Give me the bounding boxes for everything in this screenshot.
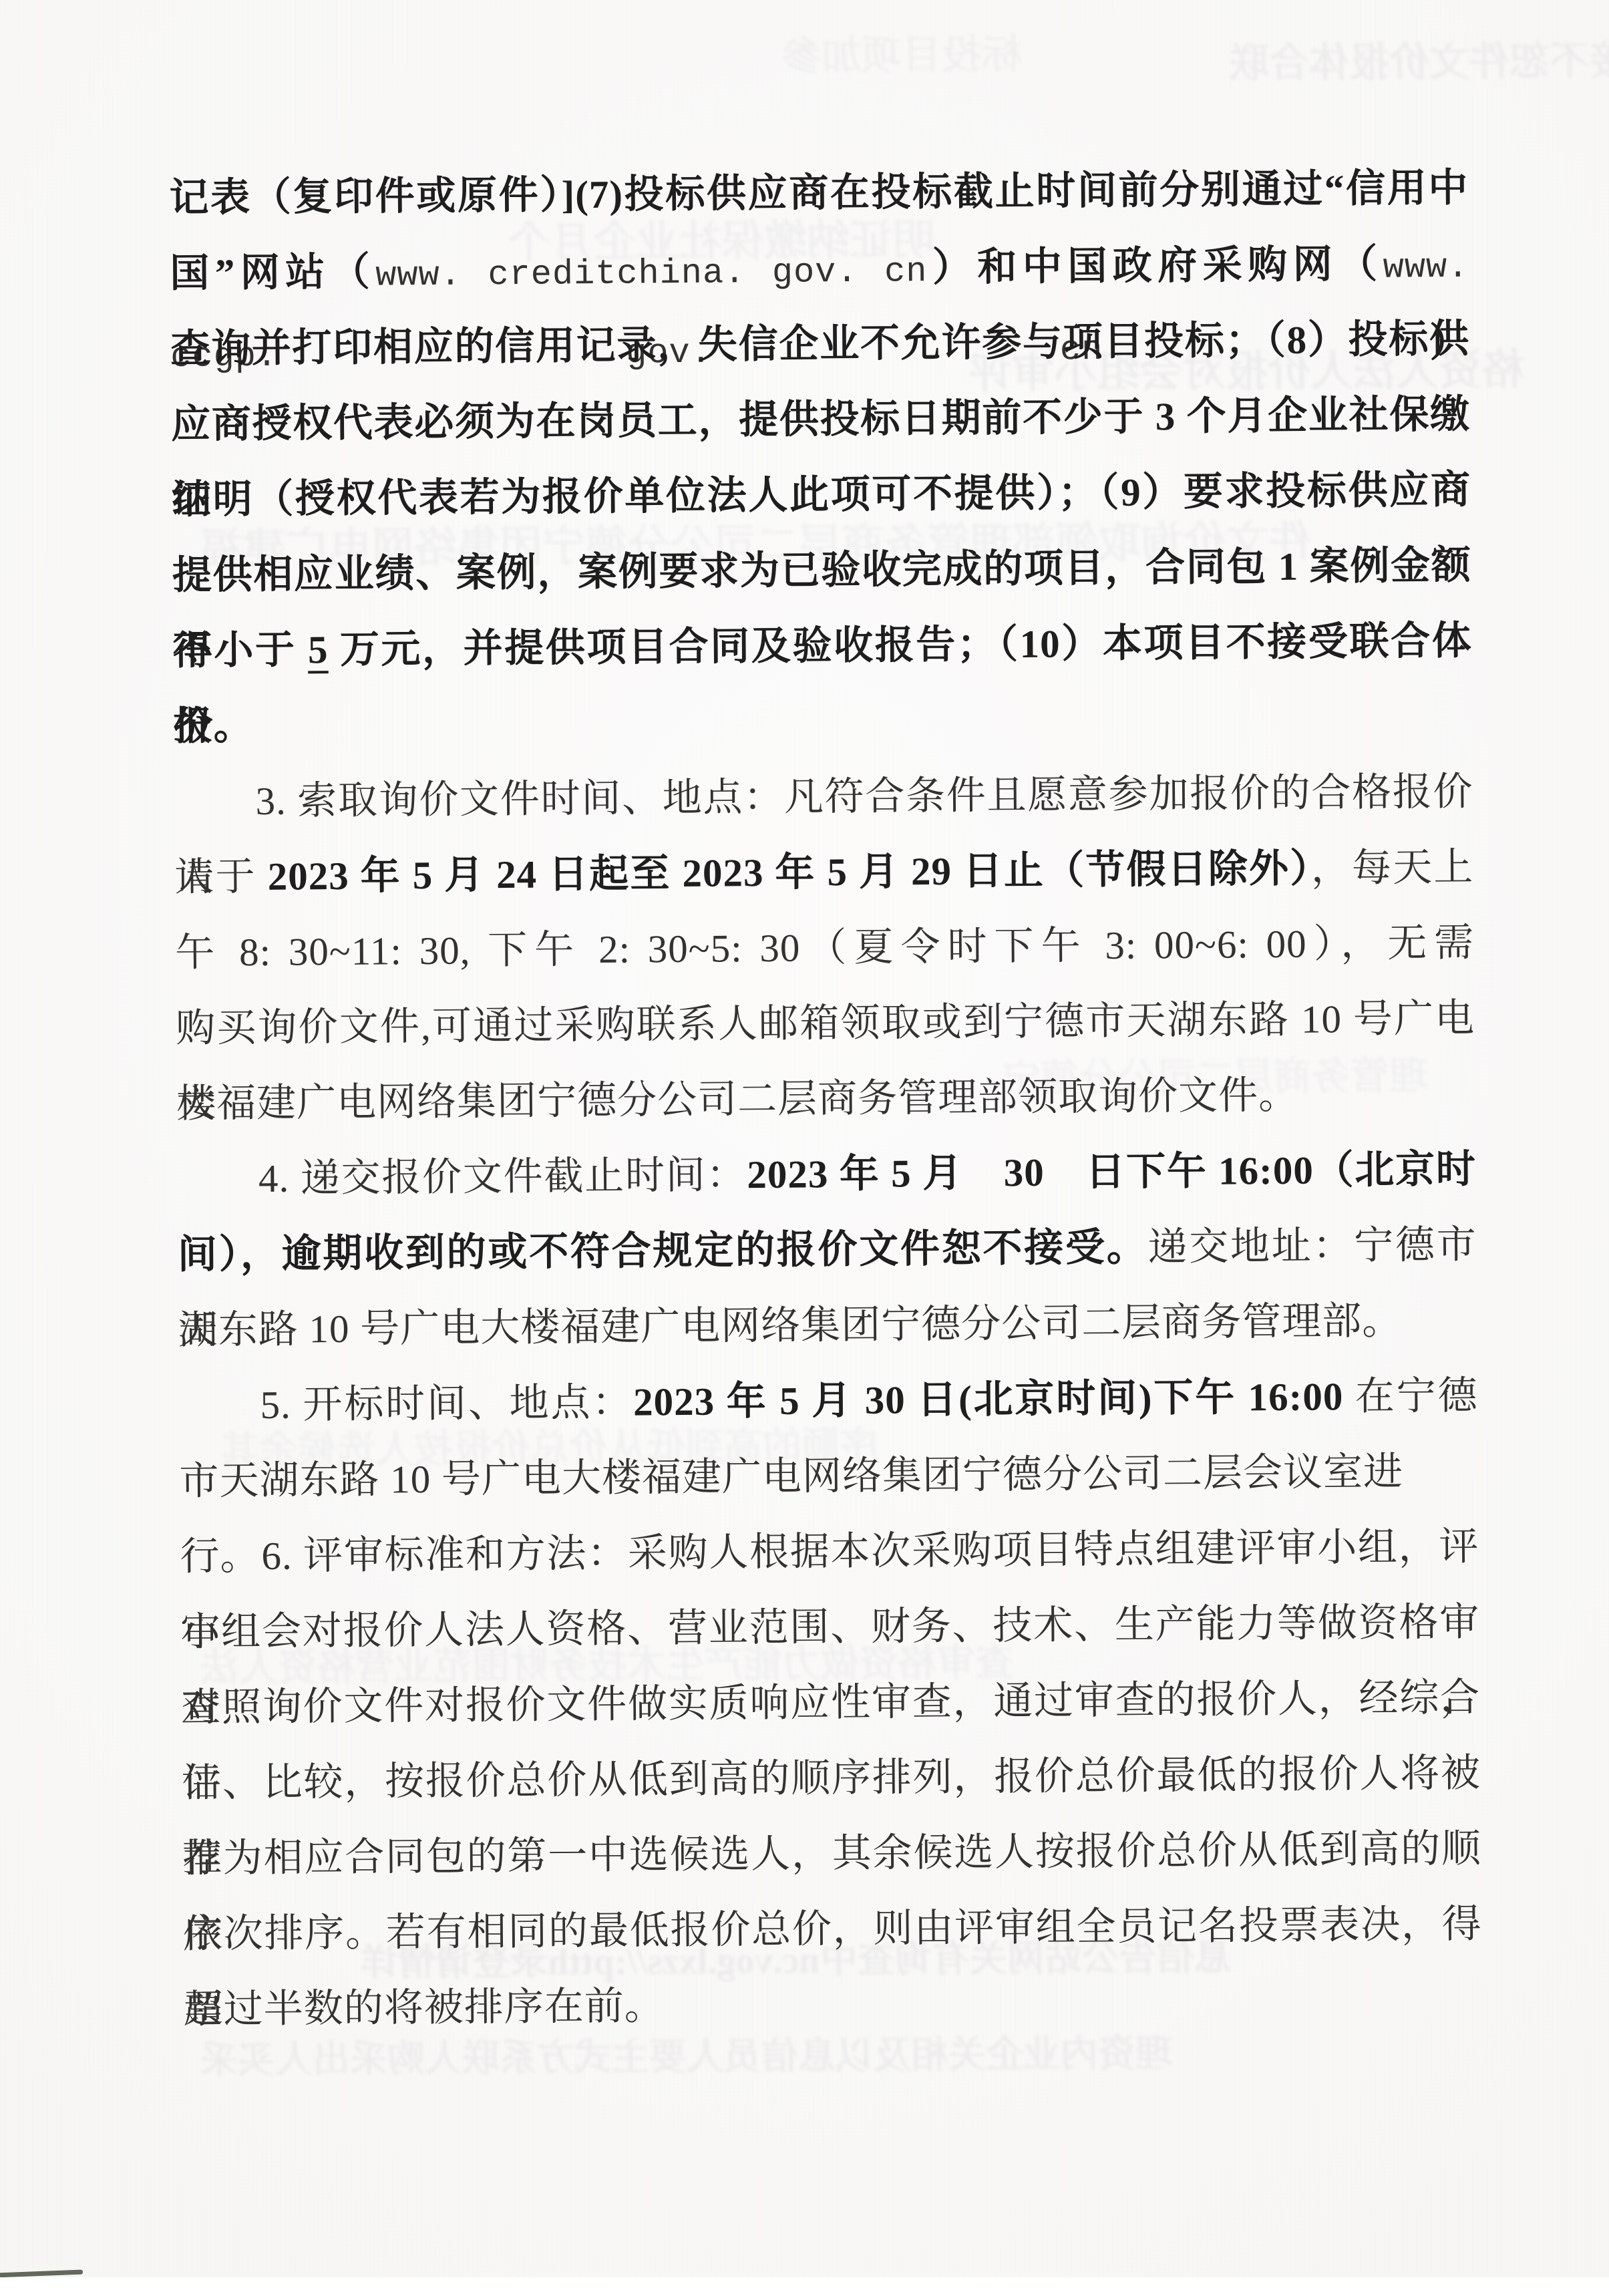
- bold-text-run: 价。: [173, 703, 254, 748]
- text-line: 依次排序。若有相同的最低报价总价，则由评审组全员记名投票表决，得票: [182, 1887, 1482, 1972]
- bold-text-run: 5: [308, 627, 329, 671]
- text-line: 证明（授权代表若为报价单位法人此项可不提供）；（9）要求投标供应商: [172, 452, 1471, 538]
- text-line: 购买询价文件,可通过采购联系人邮箱领取或到宁德市天湖东路 10 号广电大: [176, 981, 1475, 1066]
- bold-text-run: 得小于: [173, 627, 309, 673]
- text-line: 湖东路 10 号广电大楼福建广电网络集团宁德分公司二层商务管理部。: [178, 1283, 1477, 1368]
- text-line: 应商授权代表必须为在岗员工，提供投标日期前不少于 3 个月企业社保缴纳: [171, 377, 1471, 462]
- text-line: 间），逾期收到的或不符合规定的报价文件恕不接受。递交地址：宁德市天: [177, 1207, 1477, 1293]
- bold-text-run: 查询并打印相应的信用记录，失信企业不允许参与项目投标；（8）投标供: [170, 317, 1469, 371]
- bold-text-run: 记表（复印件或原件）](7)投标供应商在投标截止时间前分别通过“信用中: [169, 166, 1468, 220]
- text-run: www. creditchina. gov. cn: [375, 252, 928, 295]
- text-line: 超过半数的将被排序在前。: [183, 1962, 1483, 2047]
- text-line: 对照询价文件对报价文件做实质响应性审查，通过审查的报价人，经综合评: [181, 1660, 1481, 1746]
- scanned-document-page: 标投目项加参受接不恕件文价报体合联明证纳缴保社业企月个格资人法人价报对会组小审评…: [0, 0, 1609, 2296]
- text-line: 估、比较，按报价总价从低到高的顺序排列，报价总价最低的报价人将被推: [182, 1736, 1481, 1821]
- text-line: 楼福建广电网络集团宁德分公司二层商务管理部领取询价文件。: [176, 1056, 1476, 1142]
- text-line: 4. 递交报价文件截止时间：2023 年 5 月 30 日下午 16:00（北京…: [177, 1132, 1477, 1217]
- text-line: 得小于 5 万元，并提供项目合同及验收报告；（10）本项目不接受联合体报: [172, 603, 1472, 689]
- text-line: 荐为相应合同包的第一中选候选人，其余候选人按报价总价从低到高的顺序: [182, 1811, 1482, 1897]
- scan-edge-strip: [0, 2277, 1609, 2296]
- text-line: 市天湖东路 10 号广电大楼福建广电网络集团宁德分公司二层会议室进行。: [179, 1434, 1479, 1519]
- bleedthrough-text: 受接不恕件文价报体合联: [1229, 29, 1609, 90]
- text-run: 4. 递交报价文件截止时间：: [258, 1152, 747, 1200]
- text-line: 请于 2023 年 5 月 24 日起至 2023 年 5 月 29 日止（节假…: [174, 830, 1474, 915]
- text-run: 午 8: 30~11: 30, 下午 2: 30~5: 30（夏令时下午 3: …: [175, 921, 1474, 975]
- text-run: 楼福建广电网络集团宁德分公司二层商务管理部领取询价文件。: [176, 1073, 1298, 1126]
- document-text-block: 记表（复印件或原件）](7)投标供应商在投标截止时间前分别通过“信用中国”网站（…: [169, 150, 1483, 2047]
- bleedthrough-text: 标投目项加参: [781, 23, 1023, 82]
- text-line: 查询并打印相应的信用记录，失信企业不允许参与项目投标；（8）投标供: [170, 301, 1470, 387]
- bold-text-run: 2023 年 5 月 30 日下午 16:00（北京时: [747, 1147, 1476, 1197]
- text-line: 小组会对报价人法人资格、营业范围、财务、技术、生产能力等做资格审查，: [180, 1585, 1480, 1670]
- text-line: 记表（复印件或原件）](7)投标供应商在投标截止时间前分别通过“信用中: [169, 150, 1469, 236]
- bold-text-run: 国”网站（: [170, 250, 375, 295]
- text-line: 提供相应业绩、案例，案例要求为已验收完成的项目，合同包 1 案例金额不: [172, 528, 1471, 613]
- bold-text-run: 证明（授权代表若为报价单位法人此项可不提供）；（9）要求投标供应商: [172, 468, 1471, 522]
- text-line: 5. 开标时间、地点：2023 年 5 月 30 日(北京时间)下午 16:00…: [178, 1358, 1478, 1444]
- text-line: 3. 索取询价文件时间、地点：凡符合条件且愿意参加报价的合格报价人: [174, 754, 1473, 840]
- text-run: 5. 开标时间、地点：: [260, 1380, 633, 1427]
- bold-text-run: ）和中国政府采购网（: [927, 242, 1383, 289]
- text-run: 请于: [174, 854, 268, 899]
- bold-text-run: 2023 年 5 月 30 日(北京时间)下午 16:00: [633, 1374, 1355, 1424]
- text-line: 国”网站（www. creditchina. gov. cn）和中国政府采购网（…: [170, 226, 1469, 311]
- text-line: 价。: [173, 679, 1473, 764]
- bold-text-run: 2023 年 5 月 24 日起至 2023 年 5 月 29 日止（节假日除外…: [267, 846, 1311, 898]
- text-run: 湖东路 10 号广电大楼福建广电网络集团宁德分公司二层商务管理部。: [178, 1299, 1402, 1352]
- text-line: 6. 评审标准和方法：采购人根据本次采购项目特点组建评审小组，评审: [180, 1509, 1479, 1595]
- bold-text-run: 间），逾期收到的或不符合规定的报价文件恕不接受。: [178, 1225, 1148, 1277]
- text-run: 超过半数的将被排序在前。: [183, 1983, 665, 2031]
- scan-corner-artifact: [0, 2269, 83, 2277]
- text-line: 午 8: 30~11: 30, 下午 2: 30~5: 30（夏令时下午 3: …: [175, 905, 1475, 991]
- text-run: ，每天上: [1311, 845, 1474, 890]
- text-run: 在宁德: [1355, 1373, 1478, 1418]
